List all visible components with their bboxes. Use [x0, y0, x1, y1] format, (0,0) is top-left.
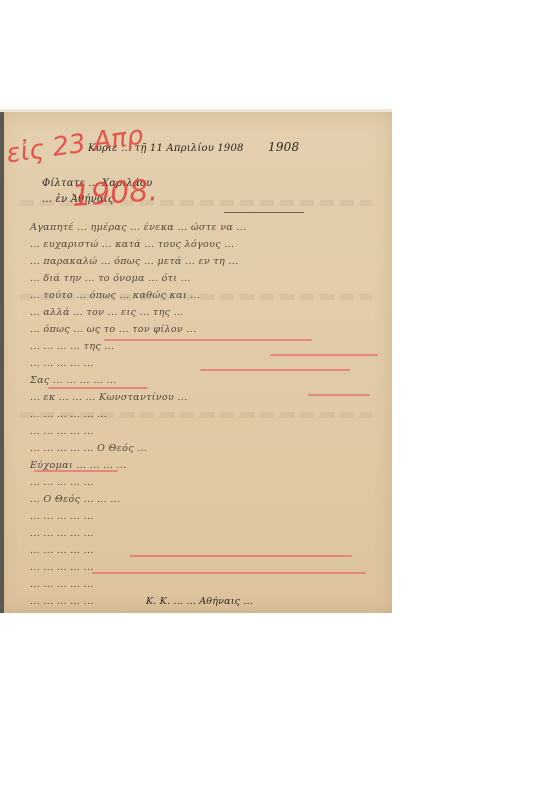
body-line: Αγαπητέ ... ημέρας ... ένεκα ... ώστε να… — [30, 222, 247, 233]
body-line: ... ... ... ... ... — [30, 562, 94, 573]
red-underline — [34, 470, 118, 472]
body-line: ... ... ... ... ... — [30, 528, 94, 539]
body-line: ... ... ... ... ... — [30, 358, 94, 369]
body-line: ... διά την ... το όνομα ... ότι ... — [30, 273, 191, 284]
body-line: ... ευχαριστώ ... κατά ... τους λόγους .… — [30, 239, 234, 250]
red-underline — [308, 394, 370, 396]
letter-page: Κύριε ... τῇ 11 Απριλίου 1908 1908 Φίλτα… — [0, 112, 392, 613]
salutation-underline — [224, 212, 304, 213]
year: 1908 — [268, 140, 299, 154]
body-line: ... αλλά ... τον ... εις ... της ... — [30, 307, 184, 318]
red-underline — [270, 354, 378, 356]
body-line: ... όπως ... ως το ... τον φίλον ... — [30, 324, 196, 335]
red-underline — [200, 369, 350, 371]
red-underline — [104, 339, 312, 341]
body-line: ... ... ... ... ... — [30, 511, 94, 522]
body-line: ... ... ... ... ... — [30, 596, 94, 607]
body-line: ... παρακαλώ ... όπως ... μετά ... εν τη… — [30, 256, 238, 267]
red-underline — [130, 555, 352, 557]
signature: Κ. Κ. ... ... Αθήναις ... — [146, 596, 253, 607]
red-underline — [92, 572, 366, 574]
body-line: ... ... ... ... ... — [30, 426, 94, 437]
red-annotation-date: εἰς 23 Απρ — [5, 121, 146, 170]
body-line: ... ... ... ... της ... — [30, 341, 114, 352]
body-line: ... ... ... ... ... — [30, 545, 94, 556]
body-line: ... εκ ... ... ... Κωνσταντίνου ... — [30, 392, 187, 403]
body-line: ... ... ... ... ... ... — [30, 409, 107, 420]
body-line: Σας ... ... ... ... ... — [30, 375, 117, 386]
body-line: ... τούτο ... όπως ... καθώς και ... — [30, 290, 200, 301]
body-line: ... Ο Θεός ... ... ... — [30, 494, 120, 505]
body-line: ... ... ... ... ... Ο Θεός ... — [30, 443, 147, 454]
red-annotation-year: 1908. — [71, 173, 159, 214]
body-line: ... ... ... ... ... — [30, 579, 94, 590]
paper-top-edge — [0, 109, 392, 112]
red-underline — [48, 387, 148, 389]
body-line: ... ... ... ... ... — [30, 477, 94, 488]
